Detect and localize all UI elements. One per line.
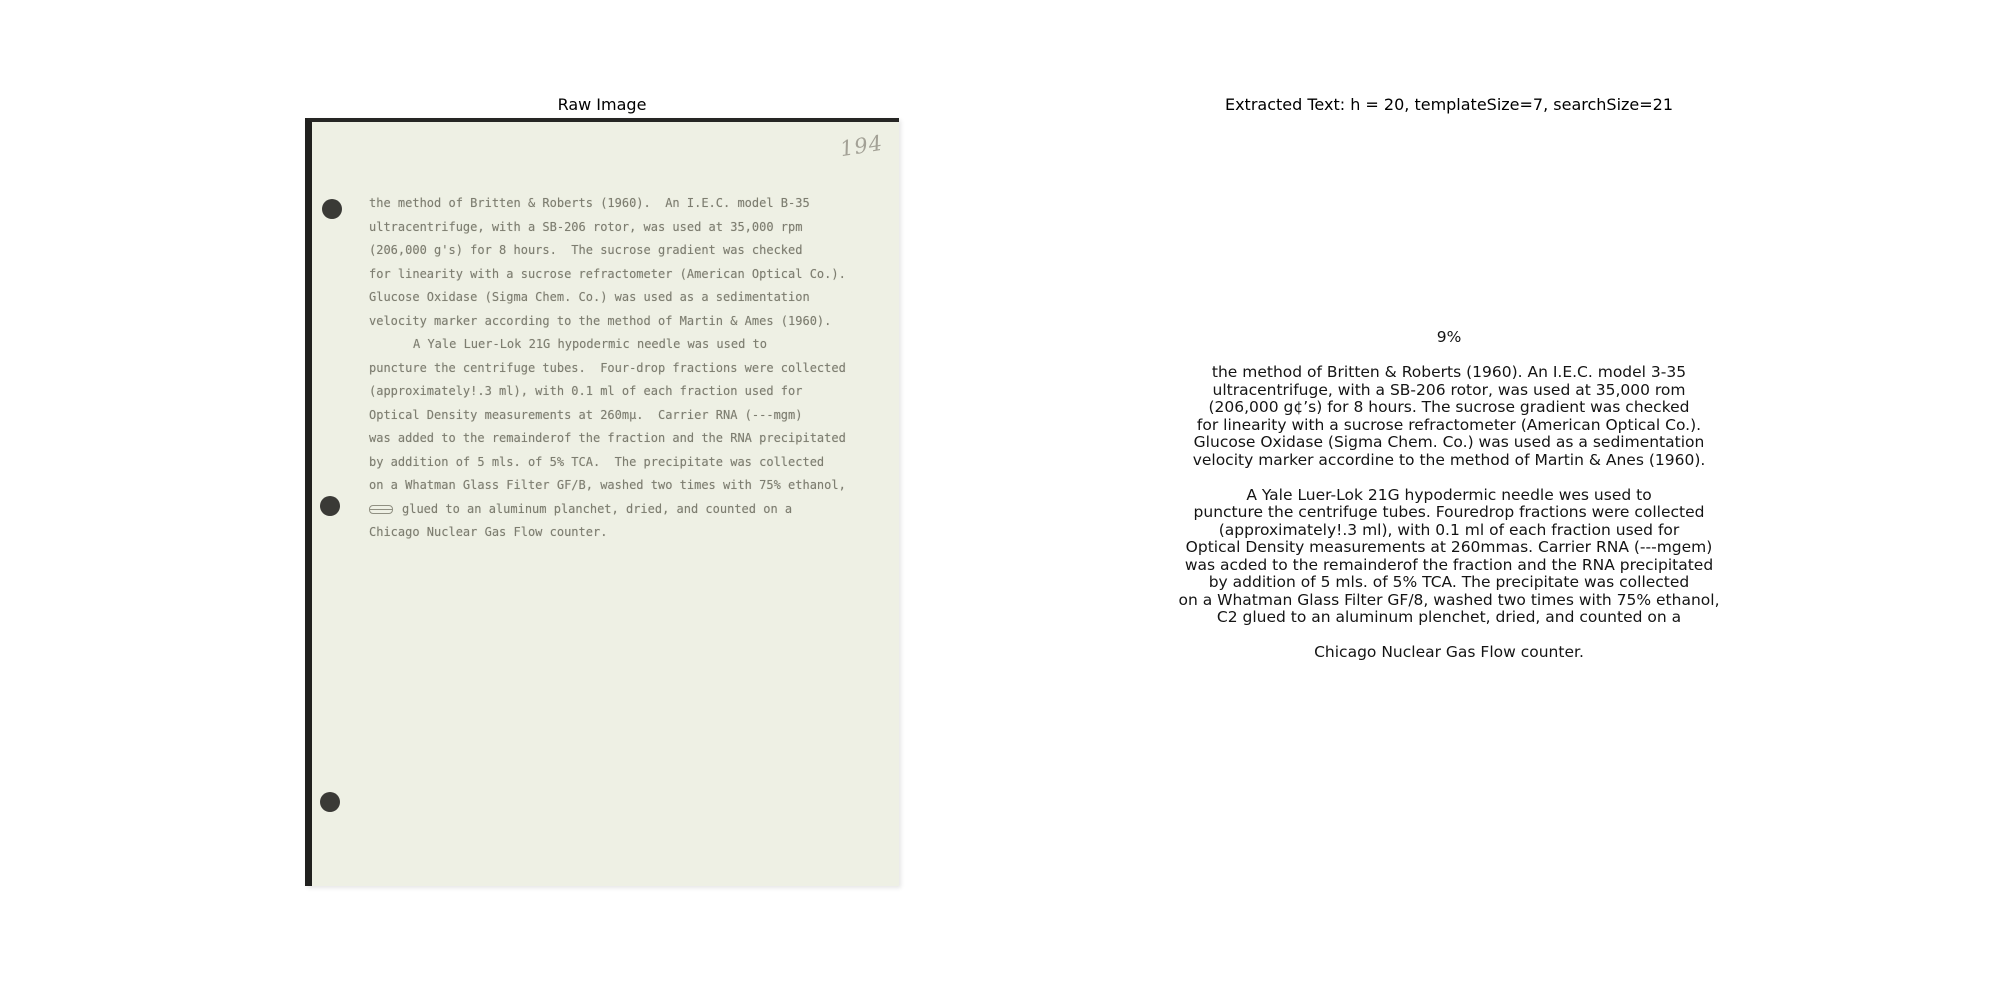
document-line: velocity marker according to the method … [369, 310, 869, 334]
punch-hole-top [322, 199, 342, 219]
extracted-line: puncture the centrifuge tubes. Fouredrop… [1099, 504, 1799, 522]
figure-canvas: Raw Image Extracted Text: h = 20, templa… [0, 0, 2000, 1000]
document-line: the method of Britten & Roberts (1960). … [369, 192, 869, 216]
document-line: (approximately!.3 ml), with 0.1 ml of ea… [369, 380, 869, 404]
extracted-line: the method of Britten & Roberts (1960). … [1099, 364, 1799, 382]
document-line-paragraph-start: A Yale Luer-Lok 21G hypodermic needle wa… [369, 333, 869, 357]
document-line: puncture the centrifuge tubes. Four-drop… [369, 357, 869, 381]
punch-hole-bottom [320, 792, 340, 812]
extracted-line: C2 glued to an aluminum plenchet, dried,… [1099, 609, 1799, 627]
document-line-with-crossout: glued to an aluminum planchet, dried, an… [369, 498, 869, 522]
punch-hole-middle [320, 496, 340, 516]
extracted-line: (206,000 g¢’s) for 8 hours. The sucrose … [1099, 399, 1799, 417]
extracted-line: A Yale Luer-Lok 21G hypodermic needle we… [1099, 487, 1799, 505]
match-score: 9% [1099, 329, 1799, 347]
extracted-line: ultracentrifuge, with a SB-206 rotor, wa… [1099, 382, 1799, 400]
blank-line [1099, 627, 1799, 645]
document-line: for linearity with a sucrose refractomet… [369, 263, 869, 287]
extracted-line: was acded to the remainderof the fractio… [1099, 557, 1799, 575]
extracted-text-panel-title: Extracted Text: h = 20, templateSize=7, … [1099, 95, 1799, 114]
document-line: ultracentrifuge, with a SB-206 rotor, wa… [369, 216, 869, 240]
blank-line [1099, 347, 1799, 365]
document-line: Glucose Oxidase (Sigma Chem. Co.) was us… [369, 286, 869, 310]
crossed-out-word-mark [369, 505, 393, 514]
document-line: Optical Density measurements at 260mμ. C… [369, 404, 869, 428]
document-line-text: glued to an aluminum planchet, dried, an… [402, 502, 792, 516]
extracted-line: velocity marker accordine to the method … [1099, 452, 1799, 470]
document-line: Chicago Nuclear Gas Flow counter. [369, 521, 869, 545]
extracted-line: Optical Density measurements at 260mmas.… [1099, 539, 1799, 557]
extracted-line: Chicago Nuclear Gas Flow counter. [1099, 644, 1799, 662]
extracted-line: by addition of 5 mls. of 5% TCA. The pre… [1099, 574, 1799, 592]
scanned-document-page: 194 the method of Britten & Roberts (196… [305, 118, 899, 886]
typewritten-text-block: the method of Britten & Roberts (1960). … [369, 192, 869, 545]
extracted-line: (approximately!.3 ml), with 0.1 ml of ea… [1099, 522, 1799, 540]
document-line: (206,000 g's) for 8 hours. The sucrose g… [369, 239, 869, 263]
document-line: was added to the remainderof the fractio… [369, 427, 869, 451]
document-line: on a Whatman Glass Filter GF/B, washed t… [369, 474, 869, 498]
extracted-line: on a Whatman Glass Filter GF/8, washed t… [1099, 592, 1799, 610]
document-line: by addition of 5 mls. of 5% TCA. The pre… [369, 451, 869, 475]
blank-line [1099, 469, 1799, 487]
extracted-line: Glucose Oxidase (Sigma Chem. Co.) was us… [1099, 434, 1799, 452]
handwritten-page-number: 194 [838, 131, 884, 161]
extracted-text-block: 9% the method of Britten & Roberts (1960… [1099, 329, 1799, 662]
raw-image-panel-title: Raw Image [305, 95, 899, 114]
extracted-line: for linearity with a sucrose refractomet… [1099, 417, 1799, 435]
